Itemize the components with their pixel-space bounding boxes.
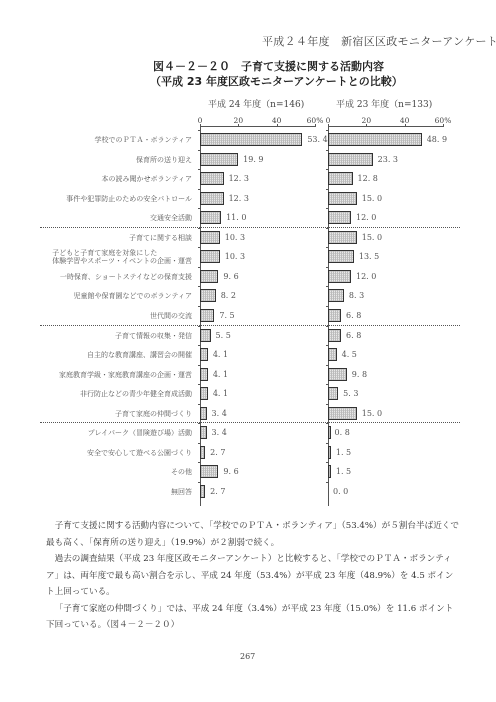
value-label-h23: 48. 9: [427, 135, 447, 144]
bar-h23: [328, 250, 354, 263]
y-tick: [326, 365, 329, 366]
bar-h24: [200, 192, 224, 205]
category-label: プレイパーク（冒険遊び場）活動: [88, 429, 192, 437]
category-label: 子どもと子育て家庭を対象にした体験学習やスポーツ・イベントの企画・運営: [52, 249, 192, 265]
value-label-h24: 4. 1: [213, 389, 228, 398]
category-label: 子育て家庭の仲間づくり: [115, 410, 192, 418]
value-label-h24: 5. 5: [216, 331, 231, 340]
y-tick: [326, 247, 329, 248]
group-separator: [40, 325, 460, 326]
x-axis-line: [328, 126, 443, 127]
category-label: 一時保育、ショートステイなどの保育支援: [60, 273, 192, 281]
y-tick: [198, 267, 201, 268]
bar-h24: [200, 426, 207, 439]
bar-h23: [328, 446, 331, 459]
value-label-h23: 1. 5: [336, 467, 351, 476]
bar-h23: [328, 192, 357, 205]
category-label: その他: [171, 468, 192, 476]
y-tick: [326, 286, 329, 287]
value-label-h23: 9. 8: [352, 370, 367, 379]
y-tick: [198, 189, 201, 190]
x-tick-label: 60%: [307, 116, 324, 125]
group-separator: [40, 422, 460, 423]
y-tick: [326, 404, 329, 405]
y-tick: [198, 228, 201, 229]
y-tick: [326, 208, 329, 209]
y-tick: [198, 169, 201, 170]
y-tick: [198, 423, 201, 424]
y-tick: [198, 443, 201, 444]
x-tick-label: 0: [326, 116, 331, 125]
value-label-h24: 2. 7: [210, 487, 225, 496]
category-label: 安全で安心して遊べる公園づくり: [87, 449, 192, 457]
category-label: 学校でのＰＴＡ・ボランティア: [95, 136, 192, 144]
running-header: 平成２４年度 新宿区区政モニターアンケート: [262, 33, 496, 49]
value-label-h24: 4. 1: [213, 370, 228, 379]
paragraph: 過去の調査結果（平成 23 年度区政モニターアンケート）と比較すると、「学校での…: [46, 551, 461, 601]
y-tick: [326, 130, 329, 131]
paragraph: 「子育て家庭の仲間づくり」では、平成 24 年度（3.4%）が平成 23 年度（…: [46, 601, 461, 634]
value-label-h23: 12. 0: [356, 213, 376, 222]
bar-h23: [328, 172, 353, 185]
bar-h24: [200, 289, 216, 302]
x-tick-label: 20: [234, 116, 244, 125]
y-tick: [198, 345, 201, 346]
y-tick: [198, 482, 201, 483]
x-tick-label: 20: [362, 116, 372, 125]
value-label-h23: 4. 5: [342, 350, 357, 359]
x-tick-label: 60%: [435, 116, 452, 125]
x-axis-line: [200, 126, 315, 127]
bar-h24: [200, 348, 208, 361]
bar-h23: [328, 309, 341, 322]
category-label: 子育てに関する相談: [129, 234, 192, 242]
y-tick: [198, 462, 201, 463]
y-tick: [326, 423, 329, 424]
page-number: 267: [240, 652, 255, 661]
y-tick: [326, 169, 329, 170]
bar-h24: [200, 387, 208, 400]
y-tick: [326, 150, 329, 151]
x-tick-label: 40: [400, 116, 410, 125]
category-label: 家庭教育学級・家庭教育講座の企画・運営: [59, 371, 192, 379]
bar-h24: [200, 446, 205, 459]
value-label-h24: 7. 5: [219, 311, 234, 320]
category-label: 非行防止などの青少年健全育成活動: [80, 390, 192, 398]
category-label: 保育所の送り迎え: [136, 156, 192, 164]
bar-h24: [200, 465, 218, 478]
bar-h23: [328, 368, 347, 381]
figure-subtitle: （平成 23 年度区政モニターアンケートとの比較）: [150, 73, 403, 89]
value-label-h24: 9. 6: [223, 272, 238, 281]
value-label-h24: 8. 2: [221, 291, 236, 300]
y-tick: [198, 150, 201, 151]
value-label-h23: 0. 8: [335, 428, 350, 437]
category-label: 本の読み聞かせボランティア: [102, 175, 192, 183]
category-label: 無回答: [171, 488, 192, 496]
value-label-h24: 12. 3: [229, 174, 249, 183]
y-tick: [198, 326, 201, 327]
bar-h23: [328, 153, 373, 166]
bar-h24: [200, 309, 214, 322]
bar-h23: [328, 231, 357, 244]
value-label-h23: 5. 3: [343, 389, 358, 398]
value-label-h24: 19. 9: [243, 155, 263, 164]
bar-h23: [328, 407, 357, 420]
value-label-h24: 53. 4: [307, 135, 327, 144]
body-text: 子育て支援に関する活動内容について、「学校でのＰＴＡ・ボランティア」（53.4%…: [46, 518, 461, 634]
value-label-h23: 15. 0: [362, 233, 382, 242]
value-label-h24: 10. 3: [225, 233, 245, 242]
y-tick: [198, 247, 201, 248]
y-tick: [326, 326, 329, 327]
panel-title-h23: 平成 23 年度（n=133): [336, 97, 432, 110]
value-label-h23: 0. 0: [333, 487, 348, 496]
bar-h23: [328, 289, 344, 302]
y-tick: [326, 443, 329, 444]
bar-h24: [200, 329, 211, 342]
y-tick: [326, 482, 329, 483]
y-tick: [198, 384, 201, 385]
bar-h24: [200, 133, 302, 146]
y-tick: [326, 462, 329, 463]
value-label-h23: 1. 5: [336, 448, 351, 457]
value-label-h24: 3. 4: [212, 409, 227, 418]
paragraph: 子育て支援に関する活動内容について、「学校でのＰＴＡ・ボランティア」（53.4%…: [46, 518, 461, 551]
x-tick-label: 0: [198, 116, 203, 125]
value-label-h24: 10. 3: [225, 252, 245, 261]
value-label-h23: 15. 0: [362, 194, 382, 203]
y-tick: [326, 306, 329, 307]
y-tick: [198, 130, 201, 131]
y-tick: [326, 228, 329, 229]
category-label: 子育て情報の収集・発信: [115, 332, 192, 340]
value-label-h23: 6. 8: [346, 311, 361, 320]
value-label-h24: 9. 6: [223, 467, 238, 476]
bar-h24: [200, 407, 207, 420]
bar-h24: [200, 485, 205, 498]
bar-h23: [328, 211, 351, 224]
y-tick: [198, 286, 201, 287]
y-tick: [326, 384, 329, 385]
y-tick: [326, 189, 329, 190]
bar-h24: [200, 231, 220, 244]
value-label-h24: 4. 1: [213, 350, 228, 359]
value-label-h24: 11. 0: [226, 213, 246, 222]
bar-h23: [328, 387, 338, 400]
bar-h24: [200, 172, 224, 185]
value-label-h23: 15. 0: [362, 409, 382, 418]
y-tick: [198, 208, 201, 209]
group-separator: [40, 227, 460, 228]
value-label-h24: 3. 4: [212, 428, 227, 437]
value-label-h23: 23. 3: [378, 155, 398, 164]
value-label-h23: 12. 0: [356, 272, 376, 281]
bar-h23: [328, 426, 331, 439]
y-tick: [326, 267, 329, 268]
value-label-h23: 12. 8: [358, 174, 378, 183]
y-tick: [198, 404, 201, 405]
bar-h24: [200, 153, 238, 166]
category-label: 自主的な教育講座、講習会の開催: [87, 351, 192, 359]
bar-h23: [328, 465, 331, 478]
value-label-h23: 6. 8: [346, 331, 361, 340]
value-label-h24: 2. 7: [210, 448, 225, 457]
bar-h24: [200, 368, 208, 381]
y-tick: [326, 345, 329, 346]
bar-h23: [328, 133, 422, 146]
category-label: 交通安全活動: [150, 214, 192, 222]
y-tick: [198, 365, 201, 366]
bar-h23: [328, 270, 351, 283]
bar-h23: [328, 329, 341, 342]
bar-h24: [200, 250, 220, 263]
bar-h24: [200, 211, 221, 224]
bar-h23: [328, 348, 337, 361]
panel-title-h24: 平成 24 年度（n=146): [208, 97, 304, 110]
y-tick: [198, 306, 201, 307]
x-tick-label: 40: [272, 116, 282, 125]
value-label-h24: 12. 3: [229, 194, 249, 203]
value-label-h23: 8. 3: [349, 291, 364, 300]
bar-h24: [200, 270, 218, 283]
category-label: 児童館や保育園などでのボランティア: [74, 292, 192, 300]
category-label: 事件や犯罪防止のための安全パトロール: [66, 195, 192, 203]
category-label: 世代間の交流: [150, 312, 192, 320]
value-label-h23: 13. 5: [359, 252, 379, 261]
figure-title: 図４－２－２０ 子育て支援に関する活動内容: [153, 58, 384, 74]
